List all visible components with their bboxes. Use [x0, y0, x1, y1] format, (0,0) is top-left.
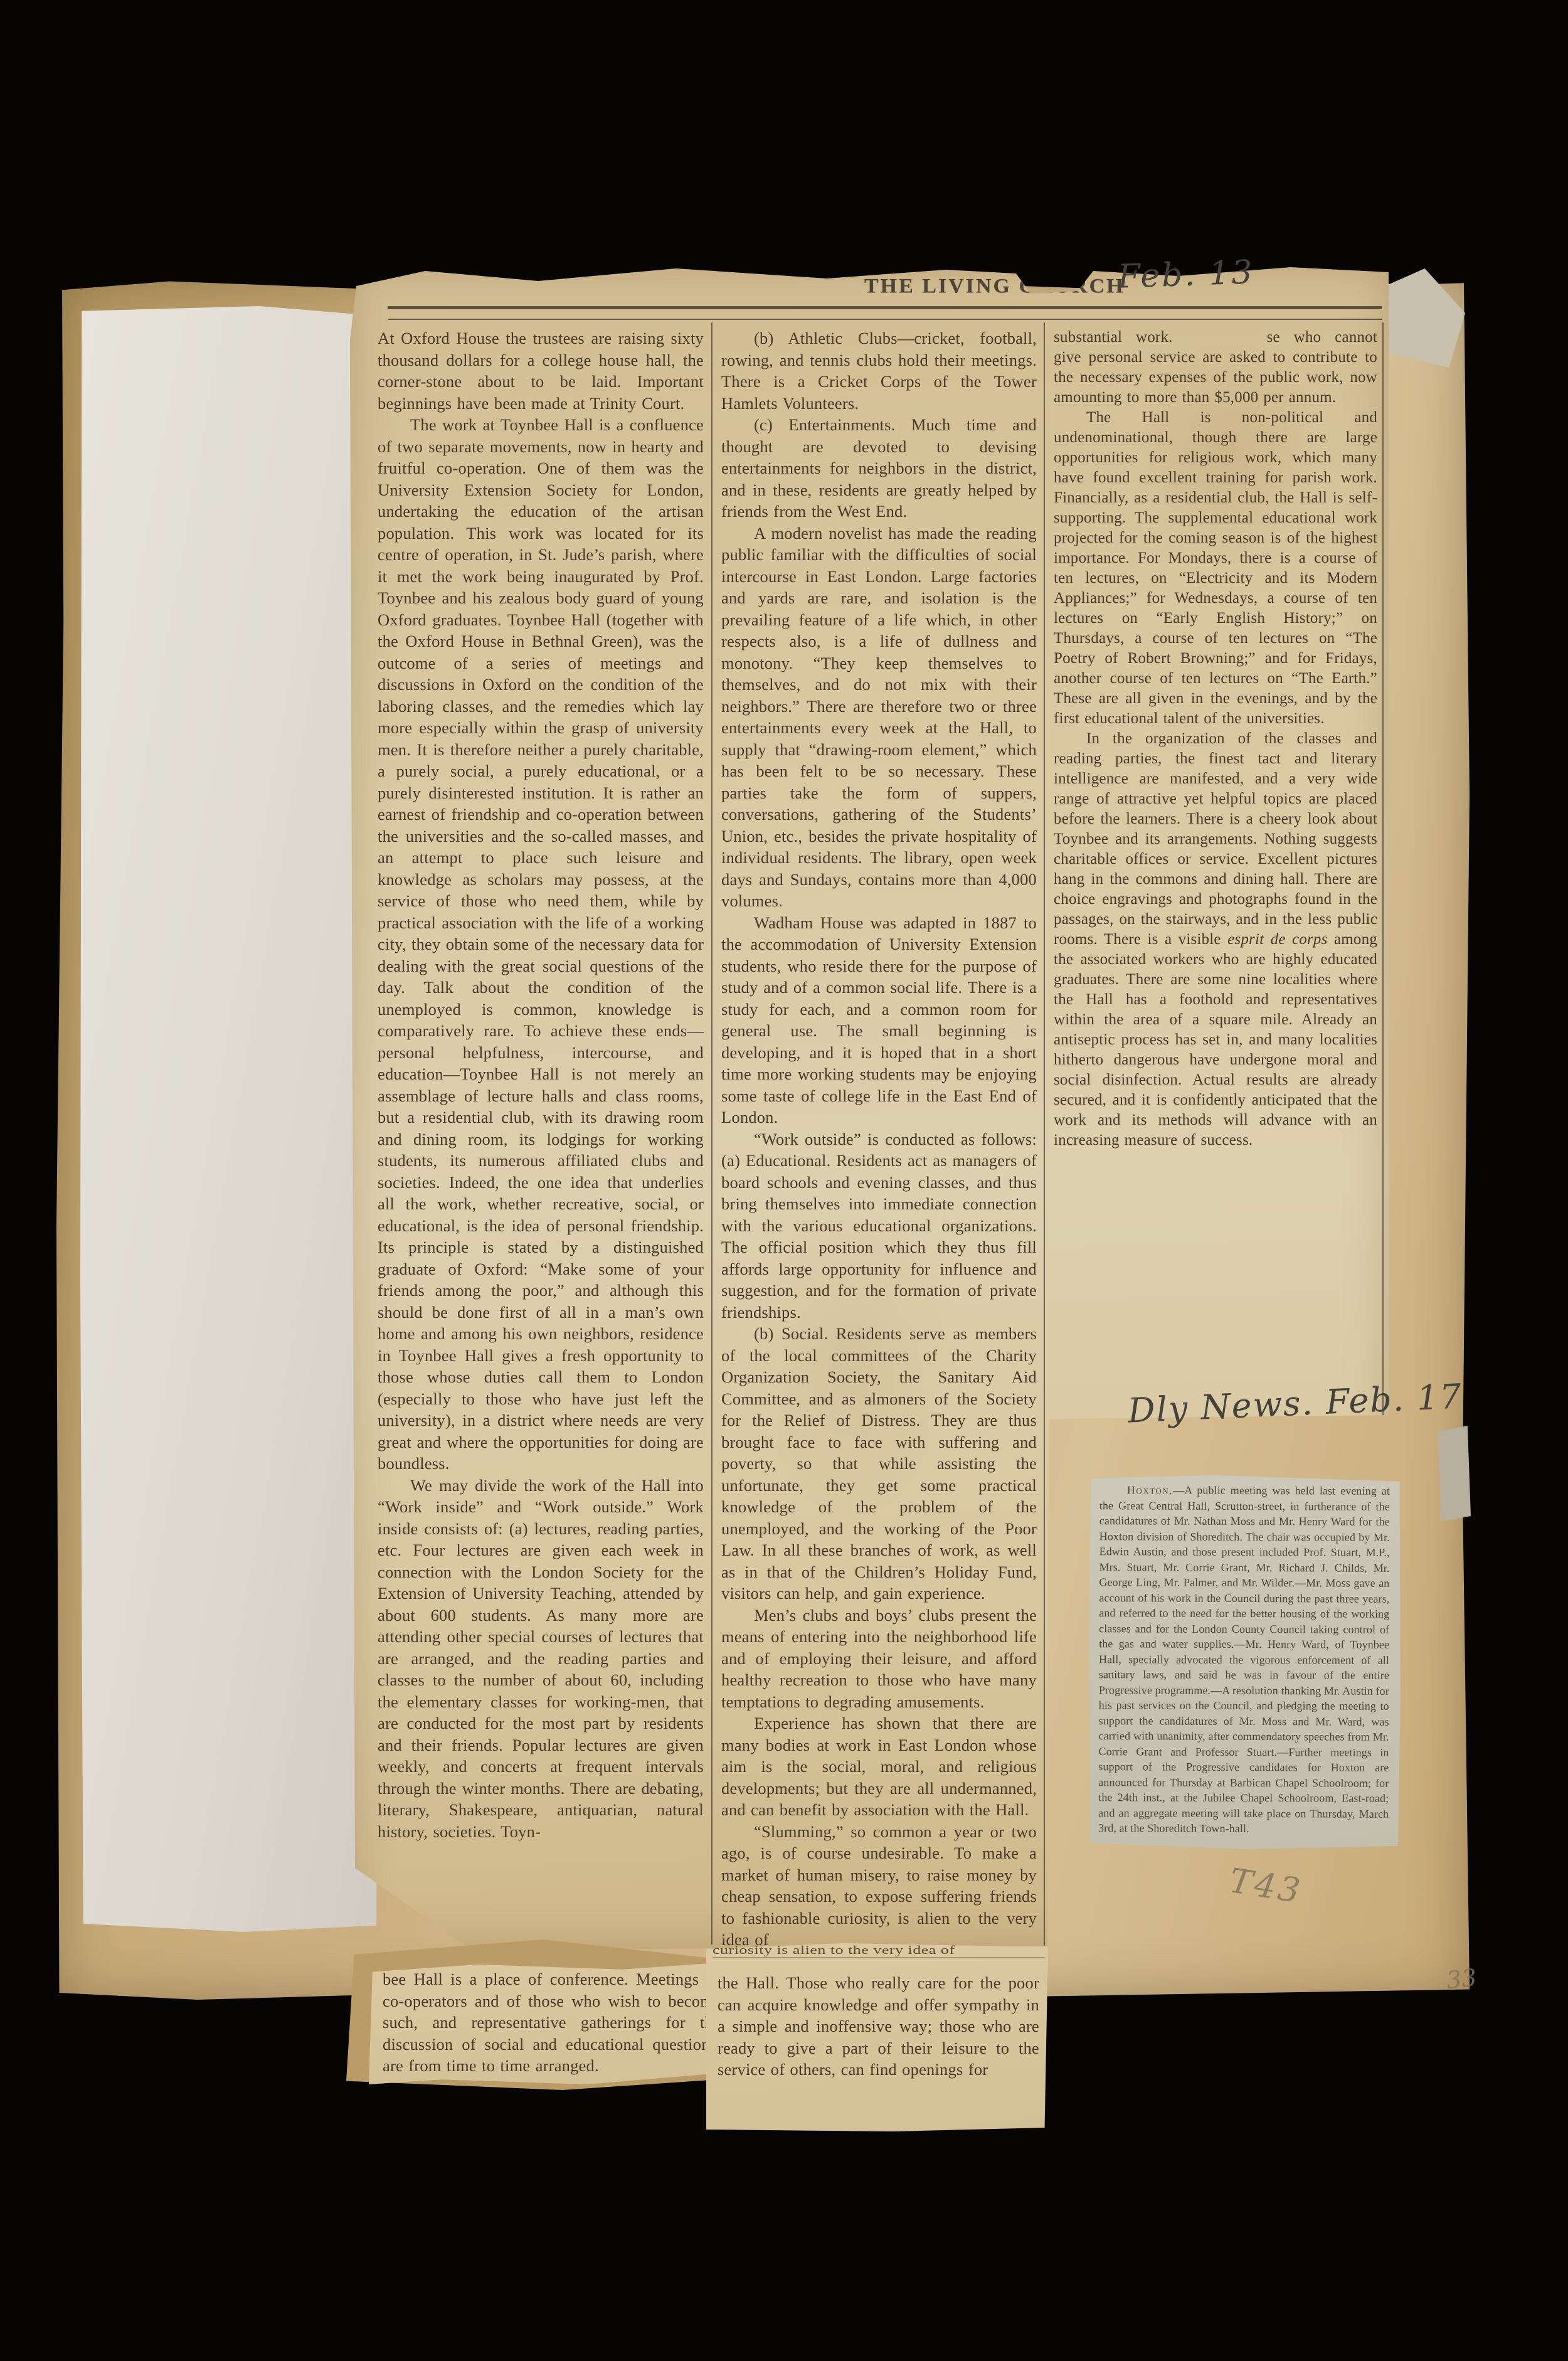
- paragraph: substantial work.se who cannot give pers…: [1054, 327, 1377, 408]
- paragraph: “Work outside” is conducted as follows: …: [721, 1128, 1037, 1324]
- paragraph: (b) Athletic Clubs—cricket, football, ro…: [721, 327, 1037, 414]
- scrapbook-photo: THE LIVING CHURCH At Oxford House the tr…: [0, 0, 1568, 2361]
- torn-edge-paper: [1438, 1426, 1471, 1522]
- paragraph: (b) Social. Residents serve as members o…: [721, 1323, 1037, 1605]
- paragraph: A modern novelist has made the reading p…: [721, 523, 1037, 912]
- paragraph: “Slumming,” so common a year or two ago,…: [721, 1821, 1037, 1946]
- article-column-2: (b) Athletic Clubs—cricket, football, ro…: [721, 327, 1037, 1946]
- newspaper-clipping-hoxton: Hoxton.—A public meeting was held last e…: [1088, 1475, 1401, 1850]
- pencil-mark: 33: [1445, 1964, 1478, 1995]
- paragraph: At Oxford House the trustees are raising…: [378, 327, 704, 414]
- masthead-rule-heavy: [388, 306, 1382, 309]
- paragraph: Hoxton.—A public meeting was held last e…: [1098, 1482, 1390, 1837]
- text-fragment: —A public meeting was held last evening …: [1098, 1484, 1390, 1835]
- masthead-rule-thin: [388, 319, 1382, 320]
- paragraph: bee Hall is a place of conference. Meeti…: [383, 1968, 721, 2077]
- text-fragment: In the organization of the classes and r…: [1054, 730, 1377, 948]
- paragraph: The Hall is non-political and undenomina…: [1054, 408, 1377, 729]
- italic-phrase: esprit de corps: [1227, 931, 1327, 948]
- text-fragment: substantial work.: [1054, 329, 1173, 346]
- overlapped-print-line: curiosity is alien to the very idea of: [712, 1943, 1045, 1958]
- text-fragment: among the associated workers who are hig…: [1054, 931, 1377, 1149]
- paragraph: Wadham House was adapted in 1887 to the …: [721, 912, 1037, 1128]
- paragraph: (c) Entertainments. Much time and though…: [721, 414, 1037, 523]
- publication-title: THE LIVING CHURCH: [864, 275, 1125, 298]
- column-divider: [1382, 322, 1384, 1418]
- column-divider: [711, 322, 712, 1945]
- column-divider: [1044, 322, 1045, 1947]
- torn-corner-paper: [1375, 268, 1465, 368]
- paragraph: Men’s clubs and boys’ clubs present the …: [721, 1605, 1037, 1713]
- paragraph: Experience has shown that there are many…: [721, 1712, 1037, 1821]
- paragraph: the Hall. Those who really care for the …: [718, 1972, 1039, 2081]
- clipping-strip-middle: the Hall. Those who really care for the …: [706, 1943, 1048, 2131]
- article-column-1: At Oxford House the trustees are raising…: [378, 327, 704, 1943]
- clipping-strip-left: bee Hall is a place of conference. Meeti…: [369, 1962, 731, 2084]
- handwritten-date-feb13: Feb. 13: [1117, 253, 1254, 296]
- paragraph: We may divide the work of the Hall into …: [378, 1475, 704, 1843]
- dateline: Hoxton.: [1127, 1483, 1173, 1496]
- paragraph: In the organization of the classes and r…: [1054, 729, 1377, 1150]
- paragraph: The work at Toynbee Hall is a confluence…: [378, 414, 704, 1475]
- article-column-3: substantial work.se who cannot give pers…: [1054, 327, 1377, 1419]
- blank-sheet: [80, 306, 378, 1932]
